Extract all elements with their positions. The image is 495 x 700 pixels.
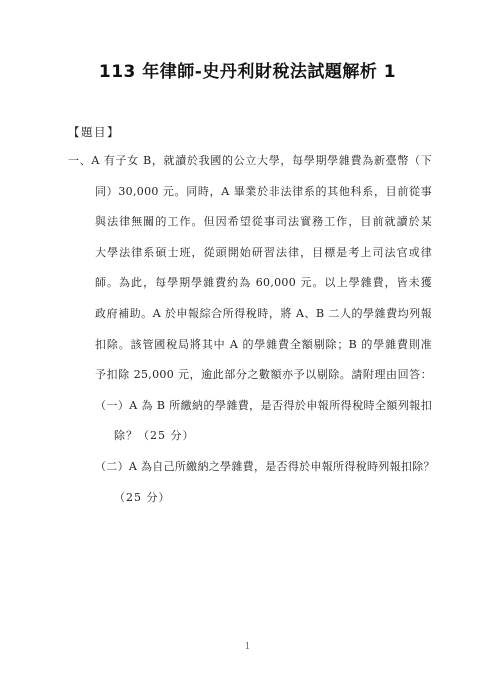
page-title: 113 年律師-史丹利財稅法試題解析 1 — [0, 59, 495, 85]
question-text-block: 一、A 有子女 B，就讀於我國的公立大學，每學期學雜費為新臺幣（下同）30,00… — [68, 146, 432, 513]
section-label-question: 【題目】 — [68, 124, 120, 140]
question-line: （一）A 為 B 所繳納的學雜費，是否得於申報所得稅時全額列報扣 — [68, 391, 432, 422]
question-line: 與法律無關的工作。但因希望從事司法實務工作，目前就讀於某 — [68, 207, 432, 238]
page-number: 1 — [0, 641, 495, 653]
question-line: 大學法律系碩士班，從頭開始研習法律，目標是考上司法官或律 — [68, 238, 432, 269]
question-line: 予扣除 25,000 元，逾此部分之數額亦予以剔除。請附理由回答： — [68, 360, 432, 391]
question-line: 政府補助。A 於申報綜合所得稅時，將 A、B 二人的學雜費均列報 — [68, 299, 432, 330]
question-line: 扣除。該管國稅局將其中 A 的學雜費全額剔除；B 的學雜費則准 — [68, 330, 432, 361]
question-line: 同）30,000 元。同時，A 畢業於非法律系的其他科系，目前從事 — [68, 177, 432, 208]
document-page: 113 年律師-史丹利財稅法試題解析 1 【題目】 一、A 有子女 B，就讀於我… — [0, 0, 495, 700]
question-line: （25 分） — [68, 483, 432, 514]
question-line: 師。為此，每學期學雜費約為 60,000 元。以上學雜費，皆未獲 — [68, 268, 432, 299]
question-line: （二）A 為自己所繳納之學雜費，是否得於申報所得稅時列報扣除？ — [68, 452, 432, 483]
question-line: 除？（25 分） — [68, 421, 432, 452]
question-line: 一、A 有子女 B，就讀於我國的公立大學，每學期學雜費為新臺幣（下 — [68, 146, 432, 177]
